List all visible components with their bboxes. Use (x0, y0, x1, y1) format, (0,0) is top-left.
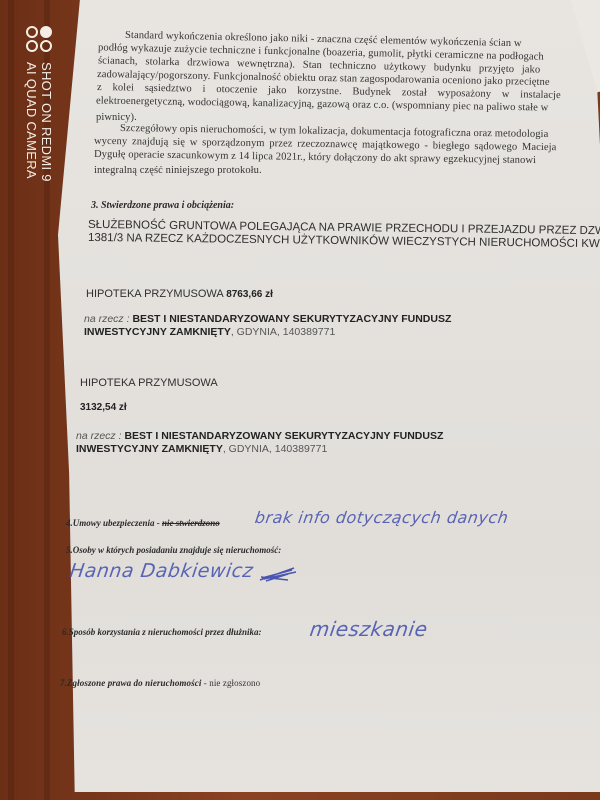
beneficiary-prefix: na rzecz : (76, 430, 122, 442)
beneficiary-name: INWESTYCYJNY ZAMKNIĘTY (76, 443, 223, 455)
section-7-value: - nie zgłoszono (201, 678, 260, 688)
section-4-label: 4.Umowy ubezpieczenia - nie stwierdzono (66, 518, 220, 528)
beneficiary-name: BEST I NIESTANDARYZOWANY SEKURYTYZACYJNY… (132, 313, 451, 325)
watermark-text: SHOT ON REDMI 9 AI QUAD CAMERA (24, 62, 54, 182)
struck-text: nie stwierdzono (162, 518, 220, 528)
beneficiary-prefix: na rzecz : (84, 313, 130, 325)
mortgage-2-title: HIPOTEKA PRZYMUSOWA (80, 377, 218, 389)
section-6-label: 6.Sposób korzystania z nieruchomości prz… (62, 627, 262, 637)
paragraph-line: piwnicy). (96, 112, 137, 123)
beneficiary-name: INWESTYCYJNY ZAMKNIĘTY (84, 326, 231, 338)
mortgage-amount: 3132,54 zł (80, 402, 127, 413)
document-content: Standard wykończenia określono jako niki… (0, 0, 600, 800)
mortgage-2-beneficiary-2: INWESTYCYJNY ZAMKNIĘTY, GDYNIA, 14038977… (76, 443, 327, 455)
section-4-text: 4.Umowy ubezpieczenia - (66, 518, 162, 528)
signature-scribble-icon (258, 566, 298, 582)
section-3-heading: 3. Stwierdzone prawa i obciążenia: (91, 200, 234, 211)
section-5-label: 5.Osoby w których posiadaniu znajduje si… (66, 545, 281, 555)
mortgage-label: HIPOTEKA PRZYMUSOWA (86, 288, 223, 300)
beneficiary-location: , GDYNIA, 140389771 (231, 326, 335, 338)
paragraph-line: integralną część niniejszego protokołu. (94, 165, 262, 176)
camera-lens-icon (26, 26, 56, 56)
watermark-line-1: SHOT ON REDMI 9 (39, 62, 54, 182)
handwritten-name: Hanna Dabkiewicz (68, 560, 254, 582)
mortgage-amount: 8763,66 zł (226, 289, 273, 300)
beneficiary-location: , GDYNIA, 140389771 (223, 443, 327, 455)
section-7-label: 7.Zgłoszone prawa do nieruchomości - nie… (60, 678, 260, 688)
mortgage-1-beneficiary: na rzecz : BEST I NIESTANDARYZOWANY SEKU… (84, 313, 451, 325)
handwritten-note: brak info dotyczących danych (254, 508, 510, 527)
watermark-line-2: AI QUAD CAMERA (24, 62, 39, 182)
beneficiary-name: BEST I NIESTANDARYZOWANY SEKURYTYZACYJNY… (124, 430, 443, 442)
mortgage-1-title: HIPOTEKA PRZYMUSOWA 8763,66 zł (86, 288, 273, 300)
handwritten-usage: mieszkanie (308, 617, 429, 641)
section-7-text: 7.Zgłoszone prawa do nieruchomości (60, 678, 201, 688)
mortgage-1-beneficiary-2: INWESTYCYJNY ZAMKNIĘTY, GDYNIA, 14038977… (84, 326, 335, 338)
mortgage-2-beneficiary: na rzecz : BEST I NIESTANDARYZOWANY SEKU… (76, 430, 443, 442)
camera-watermark: SHOT ON REDMI 9 AI QUAD CAMERA (26, 26, 56, 226)
